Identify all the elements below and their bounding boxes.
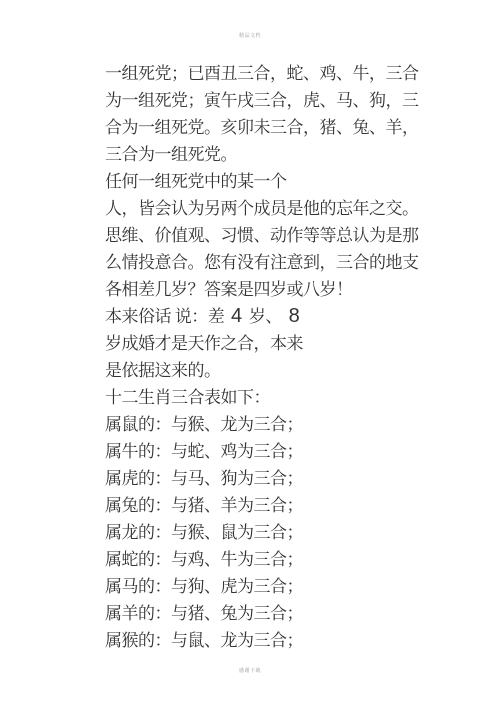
text-line: 思维、价值观、习惯、动作等等总认为是那	[105, 222, 435, 249]
zodiac-line-dragon: 属龙的：与猴、鼠为三合；	[105, 519, 435, 546]
text-line: 任何一组死党中的某一个	[105, 168, 435, 195]
zodiac-line-horse: 属马的：与狗、虎为三合；	[105, 573, 435, 600]
age-number-4: 4	[231, 305, 242, 327]
text-line: 各相差几岁？答案是四岁或八岁！	[105, 276, 435, 303]
zodiac-line-ox: 属牛的：与蛇、鸡为三合；	[105, 438, 435, 465]
text-line: 为一组死党；寅午戌三合，虎、马、狗，三	[105, 87, 435, 114]
text-line: 合为一组死党。亥卯未三合，猪、兔、羊，	[105, 114, 435, 141]
text-line: 岁成婚才是天作之合，本来	[105, 330, 435, 357]
zodiac-line-tiger: 属虎的：与马、狗为三合；	[105, 465, 435, 492]
table-intro-line: 十二生肖三合表如下：	[105, 384, 435, 411]
age-number-8: 8	[289, 305, 300, 327]
text-line: 是依据这来的。	[105, 357, 435, 384]
zodiac-line-monkey: 属猴的：与鼠、龙为三合；	[105, 627, 435, 654]
saying-prefix: 本来俗话 说：差	[105, 307, 224, 326]
text-line: 三合为一组死党。	[105, 141, 435, 168]
text-line: 人，皆会认为另两个成员是他的忘年之交。	[105, 195, 435, 222]
saying-line: 本来俗话 说：差 4 岁、 8	[105, 303, 435, 330]
header-watermark: 精品文档	[125, 31, 375, 39]
document-page: 精品文档 一组死党；已酉丑三合，蛇、鸡、牛，三合 为一组死党；寅午戌三合，虎、马…	[0, 0, 500, 708]
zodiac-line-snake: 属蛇的：与鸡、牛为三合；	[105, 546, 435, 573]
text-line: 么情投意合。您有没有注意到，三合的地支	[105, 249, 435, 276]
saying-middle: 岁、	[249, 307, 282, 326]
footer-watermark: 感谢下载	[125, 666, 375, 674]
text-line: 一组死党；已酉丑三合，蛇、鸡、牛，三合	[105, 60, 435, 87]
zodiac-line-rat: 属鼠的：与猴、龙为三合；	[105, 411, 435, 438]
document-body: 一组死党；已酉丑三合，蛇、鸡、牛，三合 为一组死党；寅午戌三合，虎、马、狗，三 …	[105, 60, 435, 654]
zodiac-line-goat: 属羊的：与猪、兔为三合；	[105, 600, 435, 627]
zodiac-line-rabbit: 属兔的：与猪、羊为三合；	[105, 492, 435, 519]
